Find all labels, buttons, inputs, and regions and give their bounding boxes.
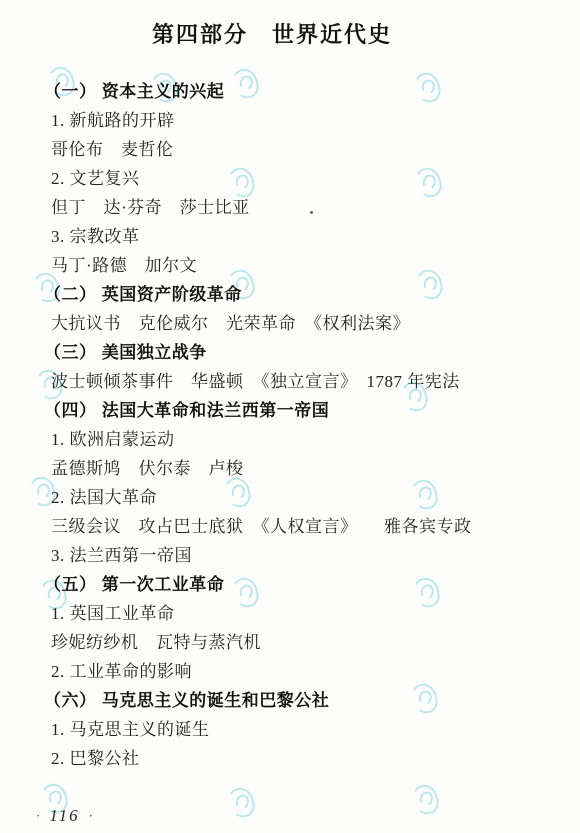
outline-detail: 珍妮纺纱机 瓦特与蒸汽机 <box>51 628 556 657</box>
outline-item: 2. 巴黎公社 <box>51 744 556 773</box>
outline-item: 1. 欧洲启蒙运动 <box>51 425 556 454</box>
outline-detail: 哥伦布 麦哲伦 <box>51 135 556 164</box>
outline-item: 2. 工业革命的影响 <box>51 657 556 686</box>
outline-item: 1. 马克思主义的诞生 <box>51 715 556 744</box>
outline-section: （四） 法国大革命和法兰西第一帝国 <box>44 396 556 425</box>
page-number-left-dot: · <box>36 806 40 826</box>
page-title: 第四部分 世界近代史 <box>152 18 392 49</box>
outline-item: 2. 法国大革命 <box>51 483 556 512</box>
page-number-right-dot: · <box>89 806 93 826</box>
outline-item: 1. 英国工业革命 <box>51 599 556 628</box>
outline-detail: 波士顿倾茶事件 华盛顿 《独立宣言》 1787 年宪法 <box>51 367 556 396</box>
scanned-book-page: 第四部分 世界近代史 （一） 资本主义的兴起1. 新航路的开辟哥伦布 麦哲伦2.… <box>0 0 580 833</box>
outline-section: （二） 英国资产阶级革命 <box>44 280 556 309</box>
watermark-stamp-icon <box>221 783 258 823</box>
outline-item: 2. 文艺复兴 <box>51 164 556 193</box>
outline-detail: 但丁 达·芬奇 莎士比亚 <box>51 193 556 222</box>
outline: （一） 资本主义的兴起1. 新航路的开辟哥伦布 麦哲伦2. 文艺复兴但丁 达·芬… <box>51 77 556 773</box>
outline-item: 3. 法兰西第一帝国 <box>51 541 556 570</box>
outline-section: （三） 美国独立战争 <box>44 338 556 367</box>
outline-section: （五） 第一次工业革命 <box>44 570 556 599</box>
outline-item: 3. 宗教改革 <box>51 222 556 251</box>
page-number: · 116 · <box>36 806 93 826</box>
outline-detail: 马丁·路德 加尔文 <box>51 251 556 280</box>
outline-detail: 三级会议 攻占巴士底狱 《人权宣言》 雅各宾专政 <box>51 512 556 541</box>
outline-detail: 孟德斯鸠 伏尔泰 卢梭 <box>51 454 556 483</box>
outline-item: 1. 新航路的开辟 <box>51 106 556 135</box>
page-number-value: 116 <box>49 806 79 826</box>
outline-detail: 大抗议书 克伦威尔 光荣革命 《权利法案》 <box>51 309 556 338</box>
outline-section: （六） 马克思主义的诞生和巴黎公社 <box>44 686 556 715</box>
scan-speck <box>310 211 313 214</box>
outline-section: （一） 资本主义的兴起 <box>44 77 556 106</box>
watermark-stamp-icon <box>405 780 442 820</box>
